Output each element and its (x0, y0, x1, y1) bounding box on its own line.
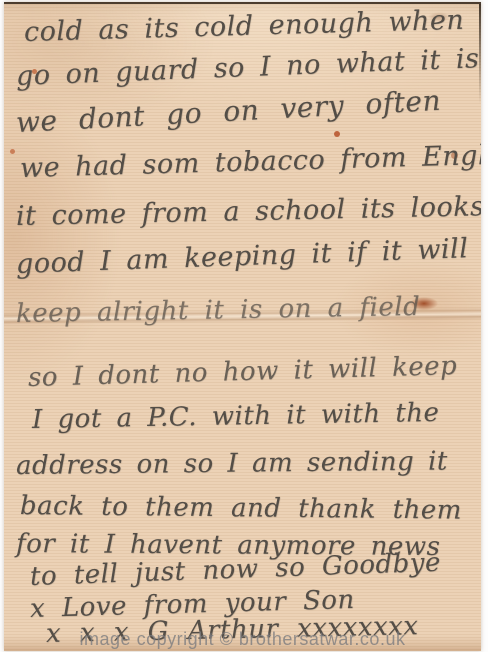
letter-line: keep alright it is on a field (16, 294, 421, 327)
letter-line: back to them and thank them (20, 493, 462, 524)
letter-line: I got a P.C. with it with the (32, 400, 440, 433)
letter-line: good I am keeping it if it will (16, 235, 469, 278)
letter-line: go on guard so I no what it is (15, 45, 479, 90)
copyright-watermark: image copyright © brothersatwar.co.uk (4, 629, 481, 650)
rust-spot (10, 149, 15, 154)
letter-line: we dont go on very often (15, 87, 441, 137)
letter-line: so I dont no how it will keep (28, 353, 458, 391)
letter-paper: cold as its cold enough when we go on gu… (4, 2, 481, 651)
rust-spot (334, 131, 340, 137)
letter-line: address on so I am sending it (16, 448, 448, 479)
letter-line: cold as its cold enough when we (24, 5, 481, 46)
letter-line: it come from a school its looks (16, 193, 481, 230)
letter-scan: cold as its cold enough when we go on gu… (0, 0, 488, 652)
letter-line: we had som tobacco from England (20, 140, 481, 181)
